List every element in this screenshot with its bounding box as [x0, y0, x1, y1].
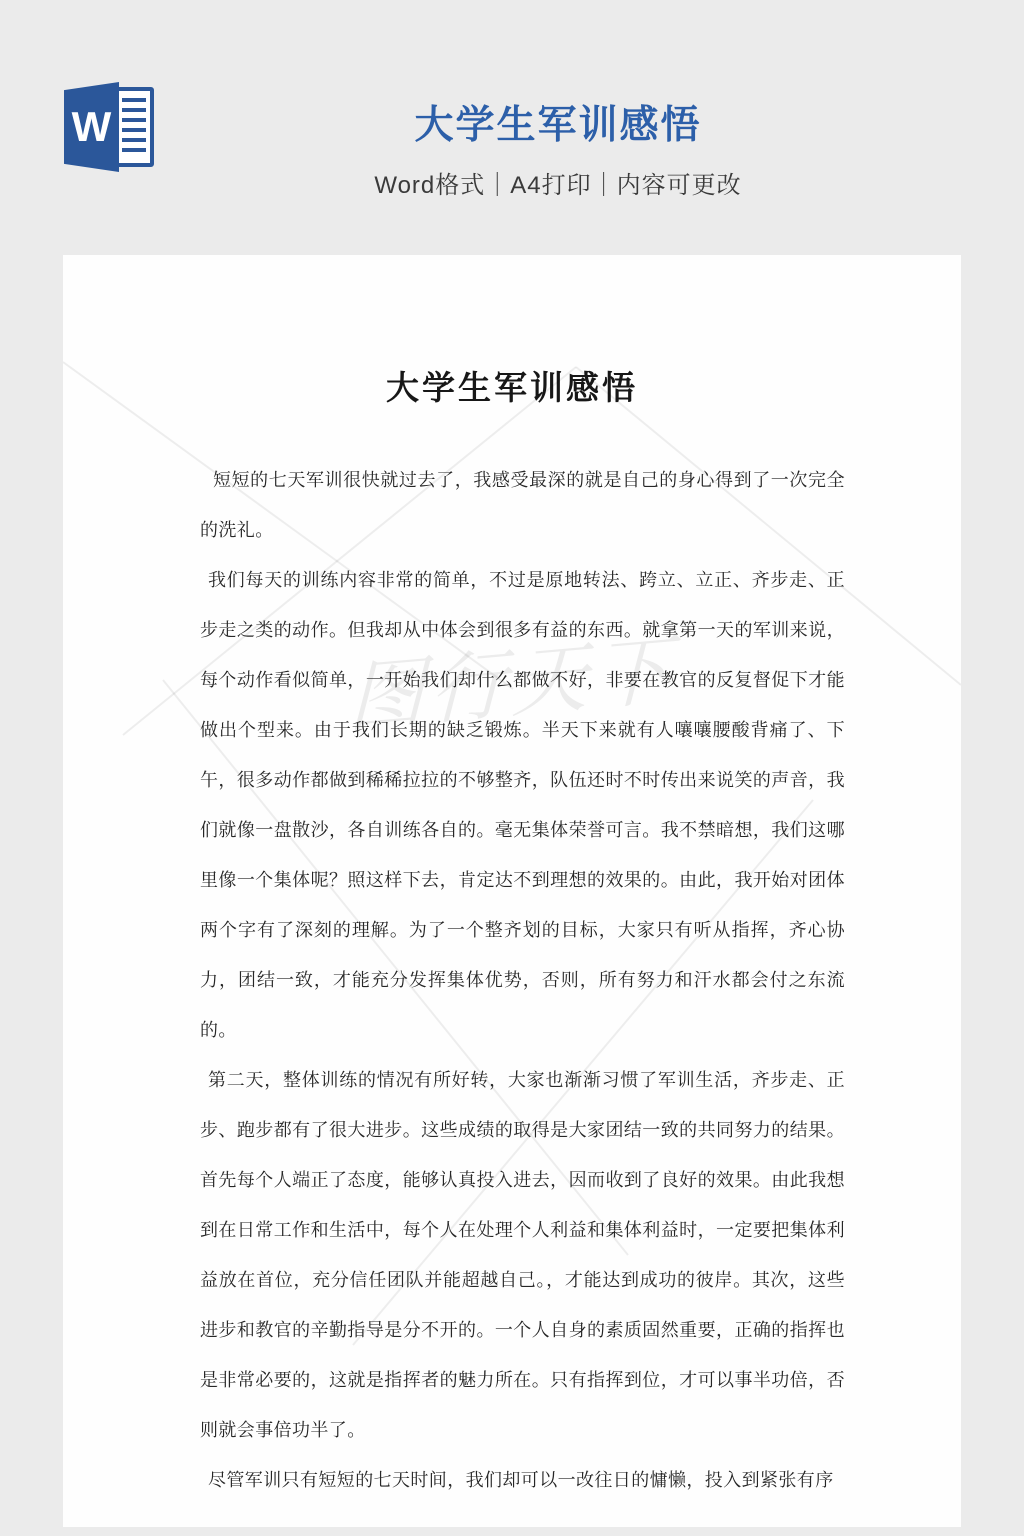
- document-paragraph: 第二天，整体训练的情况有所好转，大家也渐渐习惯了军训生活，齐步走、正步、跑步都有…: [200, 1055, 845, 1455]
- document-paragraph: 我们每天的训练内容非常的简单，不过是原地转法、跨立、立正、齐步走、正步走之类的动…: [200, 555, 845, 1055]
- document-body: 短短的七天军训很快就过去了，我感受最深的就是自己的身心得到了一次完全的洗礼。 我…: [200, 455, 845, 1505]
- document-paragraph: 短短的七天军训很快就过去了，我感受最深的就是自己的身心得到了一次完全的洗礼。: [200, 455, 845, 555]
- header-title: 大学生军训感悟: [92, 94, 1024, 150]
- header: W 大学生军训感悟 Word格式｜A4打印｜内容可更改: [0, 0, 1024, 255]
- preview-background: W 大学生军训感悟 Word格式｜A4打印｜内容可更改 图行天下 大学生军训感悟…: [0, 0, 1024, 1536]
- header-text-block: 大学生军训感悟 Word格式｜A4打印｜内容可更改: [0, 94, 1024, 200]
- document-paragraph: 尽管军训只有短短的七天时间，我们却可以一改往日的慵懒，投入到紧张有序: [200, 1455, 845, 1505]
- document-page: 图行天下 大学生军训感悟 短短的七天军训很快就过去了，我感受最深的就是自己的身心…: [63, 255, 961, 1527]
- header-subtitle: Word格式｜A4打印｜内容可更改: [92, 165, 1024, 200]
